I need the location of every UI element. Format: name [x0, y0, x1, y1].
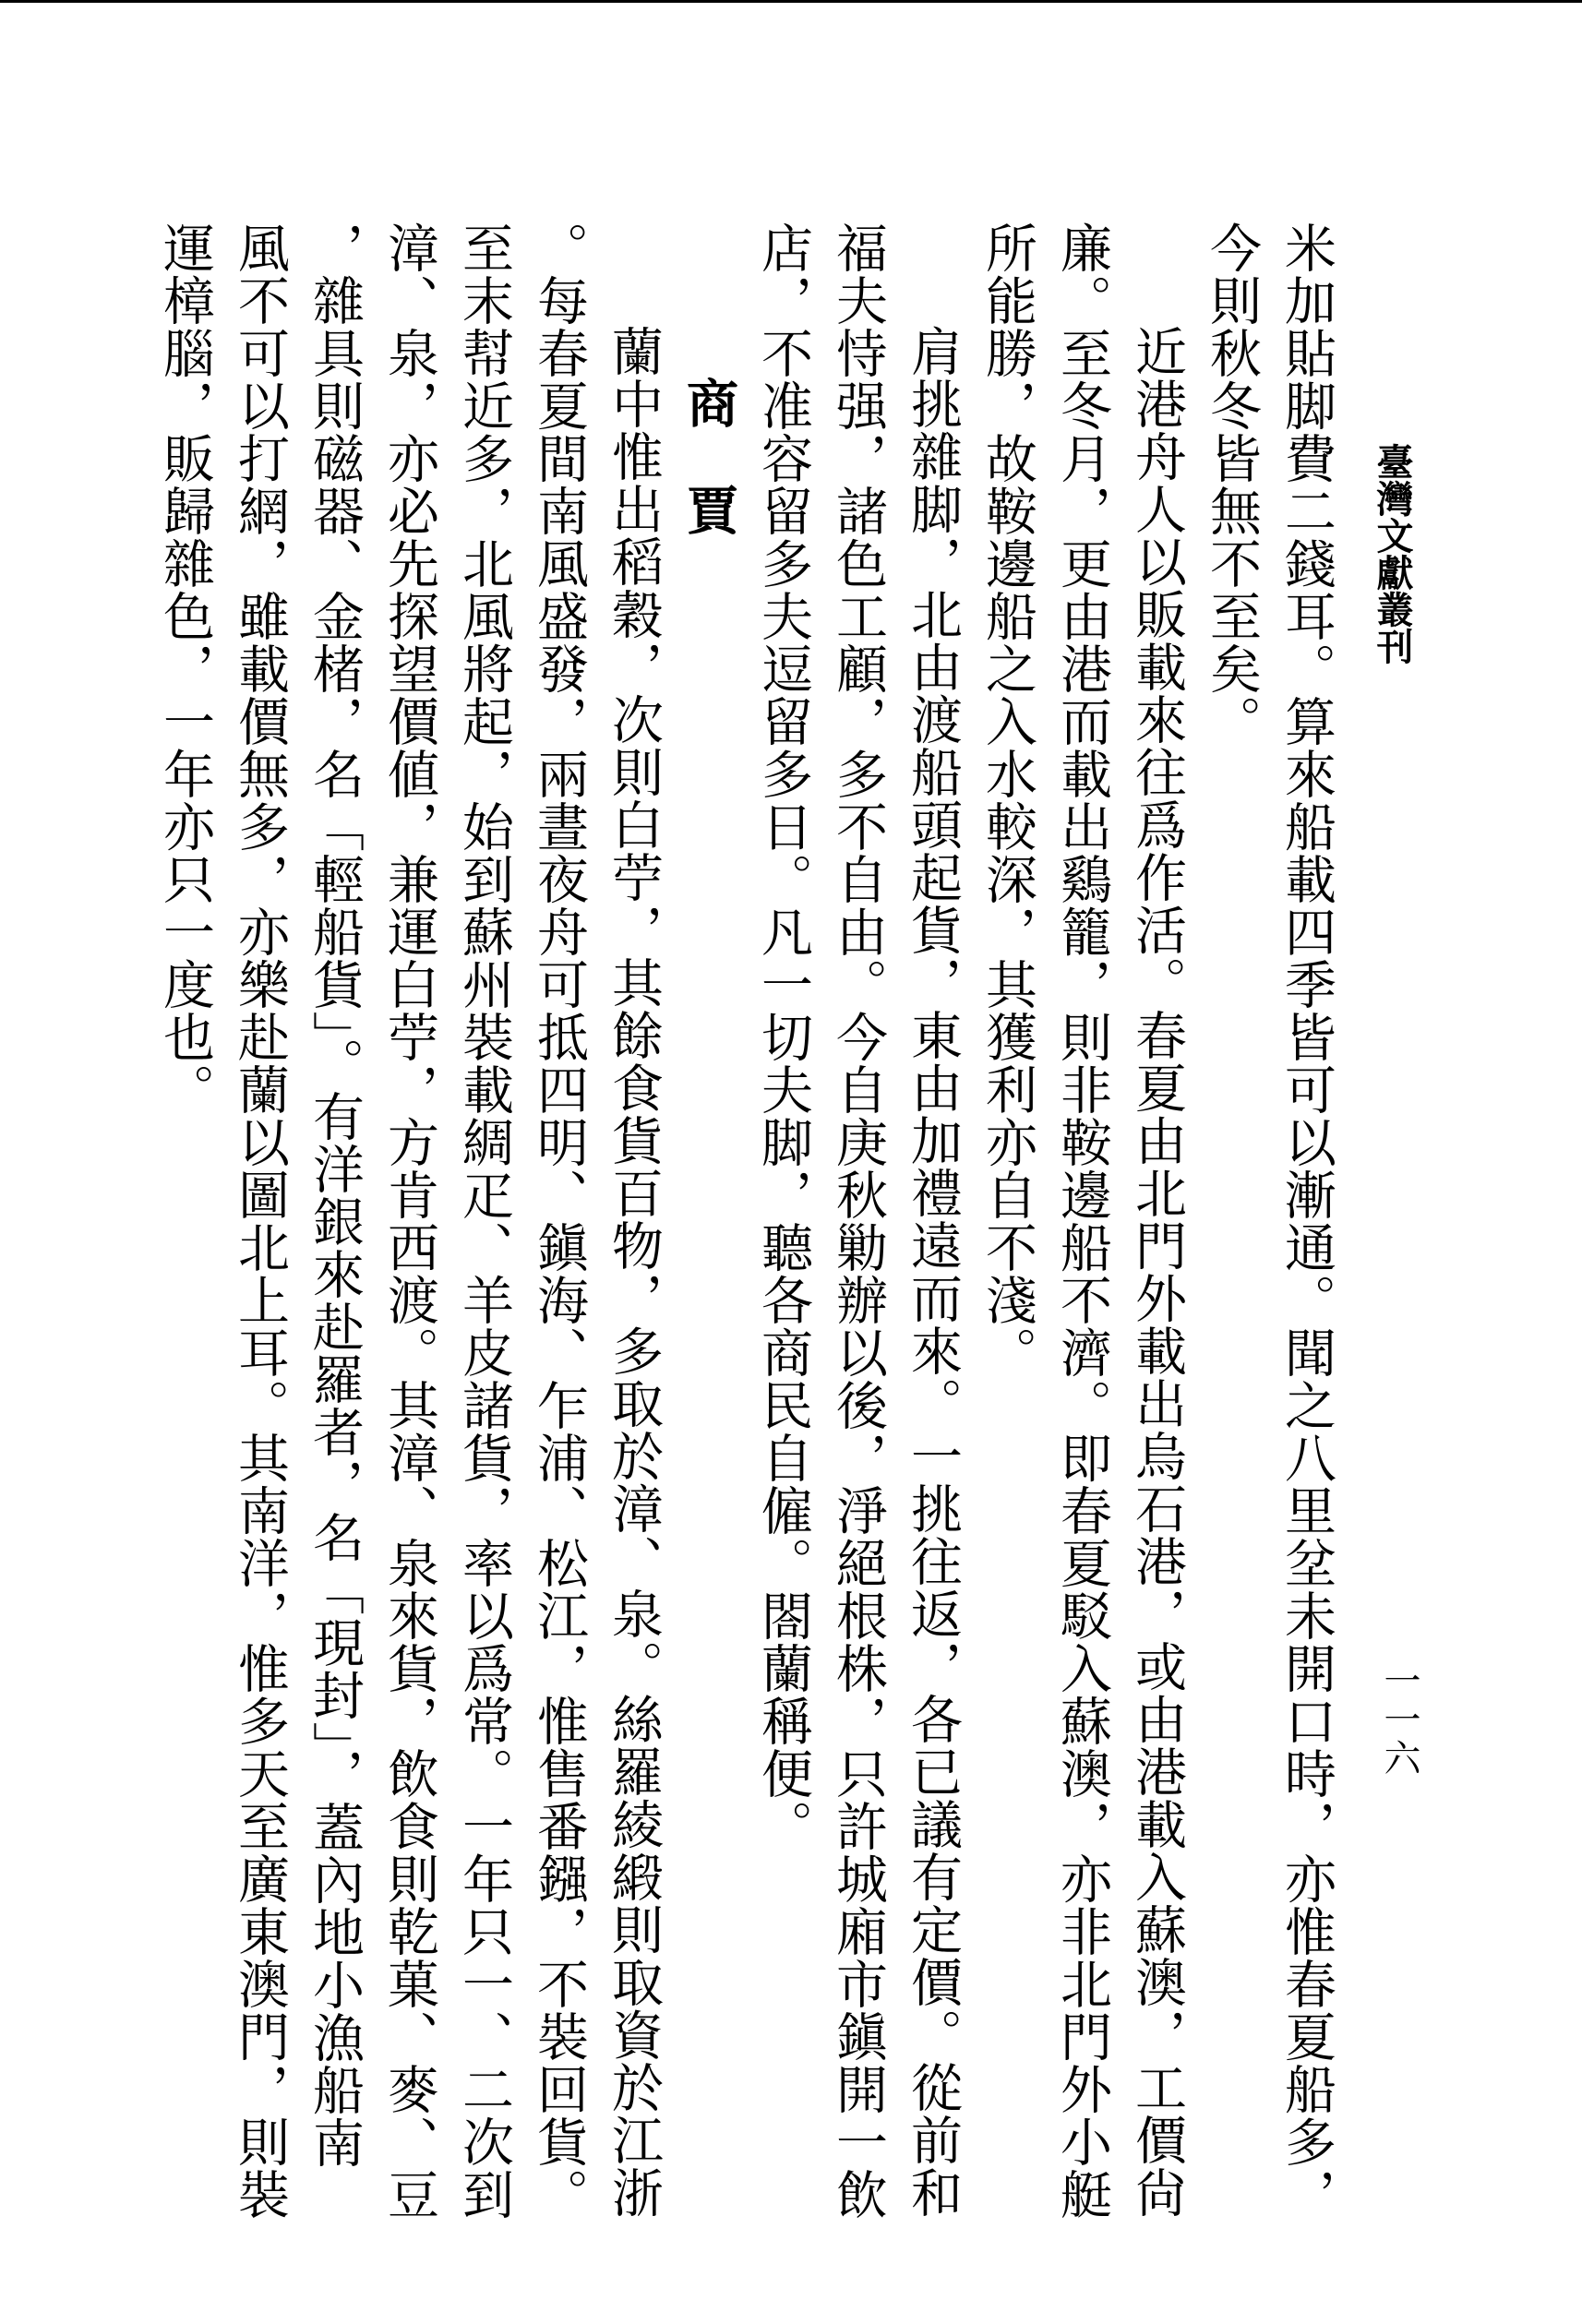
text-column: 至末幇近多，北風將起，始到蘇州裝載綢疋、羊皮諸貨，率以爲常。一年只一、二次到 — [447, 222, 521, 2123]
text-column: 今則秋冬皆無不至矣。 — [1194, 222, 1269, 2123]
text-column: ，雜具則磁器、金楮，名「輕船貨」。有洋銀來赴羅者，名「現封」，蓋內地小漁船南 — [297, 222, 372, 2123]
text-column: 所能勝，故鞍邊船之入水較深，其獲利亦自不淺。 — [970, 222, 1045, 2123]
running-header-title: 臺灣文獻叢刊 — [1373, 443, 1410, 665]
text-column: 店，不准容留多夫逗留多日。凡一切夫脚，聽各商民自僱。閤蘭稱便。 — [746, 222, 821, 2123]
text-column: 肩挑雜脚，北由渡船頭起貨，東由加禮遠而來。一挑往返，各已議有定價。從前和 — [895, 222, 970, 2123]
text-column: 運樟腦，販歸雜色，一年亦只一度也。 — [148, 222, 222, 2123]
body-text: 米加貼脚費二錢耳。算來船載四季皆可以漸通。聞之八里坌未開口時，亦惟春夏船多， 今… — [148, 222, 1344, 2123]
text-column: 。每春夏間南風盛發，兩晝夜舟可抵四明、鎭海、乍浦、松江，惟售番鏹，不裝回貨。 — [521, 222, 596, 2123]
text-column: 福夫恃强，諸色工顧，多不自由。今自庚秋勦辦以後，淨絕根株，只許城廂市鎭開一飲 — [821, 222, 895, 2123]
section-heading: 商賈 — [671, 222, 746, 2123]
text-column: 近港舟人以販載來往爲作活。春夏由北門外載出烏石港，或由港載入蘇澳，工價尙 — [1120, 222, 1194, 2123]
text-column: 米加貼脚費二錢耳。算來船載四季皆可以漸通。聞之八里坌未開口時，亦惟春夏船多， — [1269, 222, 1344, 2123]
top-rule-divider — [0, 0, 1582, 3]
text-column: 風不可以打網，雖載價無多，亦樂赴蘭以圖北上耳。其南洋，惟多天至廣東澳門，則裝 — [222, 222, 297, 2123]
page-number: 一一六 — [1381, 1661, 1418, 1778]
text-column: 漳、泉，亦必先探望價値，兼運白苧，方肯西渡。其漳、泉來貨，飲食則乾菓、麥、豆 — [372, 222, 447, 2123]
text-column: 廉。至冬月，更由港而載出鷄籠，則非鞍邊船不濟。即春夏駁入蘇澳，亦非北門外小艇 — [1045, 222, 1120, 2123]
text-column: 蘭中惟出稻穀，次則白苧，其餘食貨百物，多取於漳、泉。絲羅綾緞則取資於江浙 — [596, 222, 671, 2123]
